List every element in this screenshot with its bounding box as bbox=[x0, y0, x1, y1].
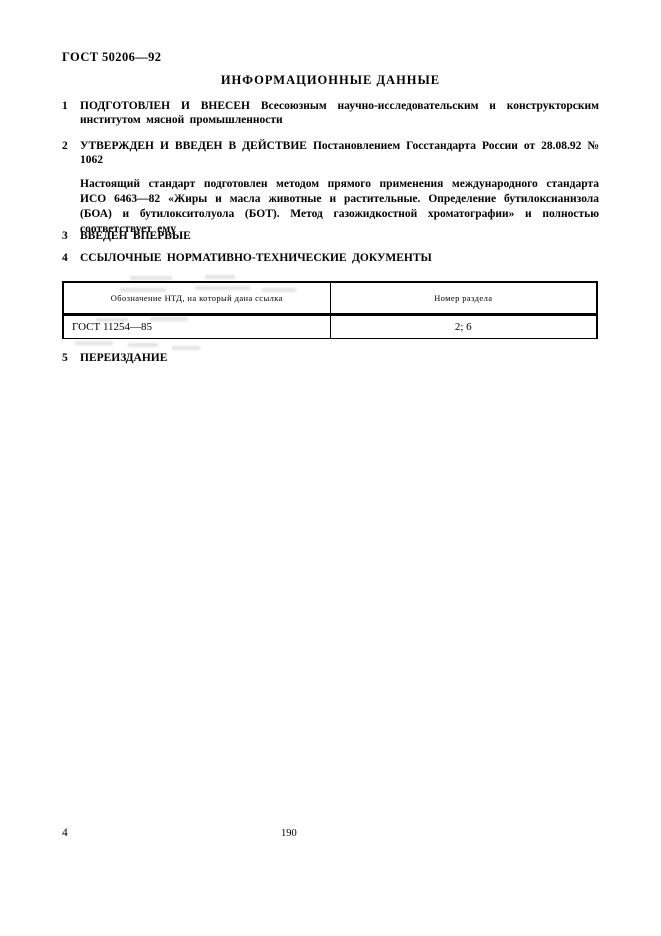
section-1-text: ПОДГОТОВЛЕН И ВНЕСЕН Всесоюзным научно-и… bbox=[80, 100, 599, 126]
section-2: 2 УТВЕРЖДЕН И ВВЕДЕН В ДЕЙСТВИЕ Постанов… bbox=[62, 139, 599, 167]
note-paragraph: Настоящий стандарт подготовлен методом п… bbox=[80, 177, 599, 237]
running-page-number: 190 bbox=[281, 828, 297, 839]
section-1: 1 ПОДГОТОВЛЕН И ВНЕСЕН Всесоюзным научно… bbox=[62, 99, 599, 127]
page-title: ИНФОРМАЦИОННЫЕ ДАННЫЕ bbox=[0, 73, 661, 88]
section-number-cell: 2; 6 bbox=[330, 315, 597, 339]
bleed-mark bbox=[130, 276, 172, 280]
table-header-row: Обозначение НТД, на который дана ссылка … bbox=[63, 282, 597, 315]
section-2-text: УТВЕРЖДЕН И ВВЕДЕН В ДЕЙСТВИЕ Постановле… bbox=[80, 140, 599, 166]
table-row: ГОСТ 11254—85 2; 6 bbox=[63, 315, 597, 339]
section-2-number: 2 bbox=[62, 139, 68, 153]
section-3: 3 ВВЕДЕН ВПЕРВЫЕ bbox=[62, 229, 599, 243]
bleed-mark bbox=[205, 275, 235, 279]
references-table: Обозначение НТД, на который дана ссылка … bbox=[62, 281, 598, 339]
section-4: 4 ССЫЛОЧНЫЕ НОРМАТИВНО-ТЕХНИЧЕСКИЕ ДОКУМ… bbox=[62, 251, 599, 265]
bleed-mark bbox=[172, 346, 200, 350]
page-number: 4 bbox=[62, 827, 68, 839]
section-4-number: 4 bbox=[62, 251, 68, 265]
ntd-designation-cell: ГОСТ 11254—85 bbox=[63, 315, 330, 339]
section-5-number: 5 bbox=[62, 351, 68, 365]
section-3-number: 3 bbox=[62, 229, 68, 243]
bleed-mark bbox=[75, 341, 113, 345]
document-page: ГОСТ 50206—92 ИНФОРМАЦИОННЫЕ ДАННЫЕ 1 ПО… bbox=[0, 0, 661, 936]
doc-code: ГОСТ 50206—92 bbox=[62, 50, 161, 65]
section-5: 5 ПЕРЕИЗДАНИЕ bbox=[62, 351, 599, 365]
column-header-section-number: Номер раздела bbox=[330, 282, 597, 315]
section-4-text: ССЫЛОЧНЫЕ НОРМАТИВНО-ТЕХНИЧЕСКИЕ ДОКУМЕН… bbox=[80, 252, 432, 264]
column-header-ntd-designation: Обозначение НТД, на который дана ссылка bbox=[63, 282, 330, 315]
section-5-text: ПЕРЕИЗДАНИЕ bbox=[80, 352, 167, 364]
section-1-number: 1 bbox=[62, 99, 68, 113]
bleed-mark bbox=[128, 343, 158, 347]
section-3-text: ВВЕДЕН ВПЕРВЫЕ bbox=[80, 230, 191, 242]
